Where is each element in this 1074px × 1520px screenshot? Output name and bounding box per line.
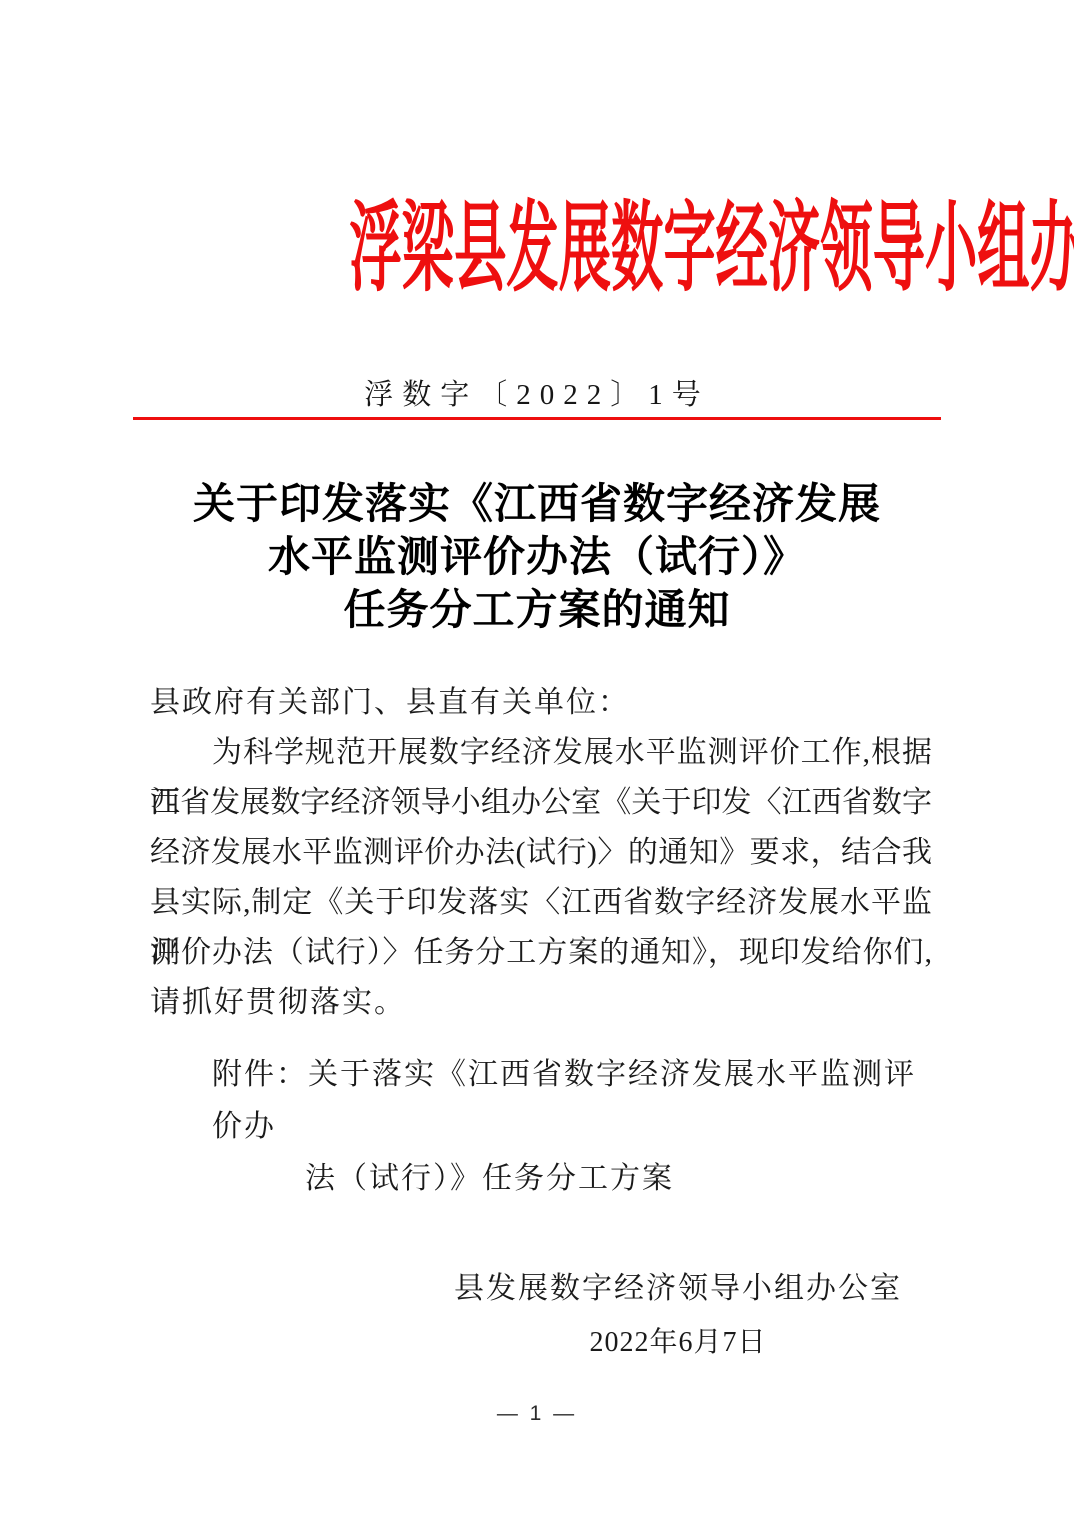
signature-issuer: 县发展数字经济领导小组办公室 [454,1262,902,1316]
body-line: 评价办法（试行）〉任务分工方案的通知》，现印发给你们, [150,928,932,978]
red-header-issuer: 浮梁县发展数字经济领导小组办公室 [0,194,1074,302]
body-line: 西省发展数字经济领导小组办公室《关于印发〈江西省数字 [150,778,932,828]
attachment-note: 附件：关于落实《江西省数字经济发展水平监测评价办 法（试行）》任务分工方案 [212,1049,942,1205]
red-divider-rule [133,417,941,420]
document-number: 浮数字〔2022〕1号 [0,372,1074,413]
title-line-2: 水平监测评价办法（试行）》 [0,532,1074,585]
body-line: 请抓好贯彻落实。 [150,978,932,1028]
signature-date: 2022年6月7日 [454,1316,902,1370]
title-line-1: 关于印发落实《江西省数字经济发展 [0,479,1074,532]
signature-block: 县发展数字经济领导小组办公室 2022年6月7日 [454,1262,902,1370]
page-number: — 1 — [0,1402,1074,1426]
body-line: 县实际,制定《关于印发落实〈江西省数字经济发展水平监测 [150,878,932,928]
issuer-name-text: 浮梁县发展数字经济领导小组办公室 [349,194,1074,304]
title-line-3: 任务分工方案的通知 [0,585,1074,638]
salutation-line: 县政府有关部门、县直有关单位： [150,678,932,728]
attachment-line-1: 附件：关于落实《江西省数字经济发展水平监测评价办 [212,1049,942,1153]
attachment-line-2: 法（试行）》任务分工方案 [212,1153,942,1205]
document-title: 关于印发落实《江西省数字经济发展 水平监测评价办法（试行）》 任务分工方案的通知 [0,479,1074,638]
body-line: 经济发展水平监测评价办法(试行)〉的通知》要求，结合我 [150,828,932,878]
body-line: 为科学规范开展数字经济发展水平监测评价工作,根据江 [150,728,932,778]
official-document-page: 浮梁县发展数字经济领导小组办公室 浮数字〔2022〕1号 关于印发落实《江西省数… [0,0,1074,1520]
document-body: 县政府有关部门、县直有关单位： 为科学规范开展数字经济发展水平监测评价工作,根据… [150,678,932,1028]
